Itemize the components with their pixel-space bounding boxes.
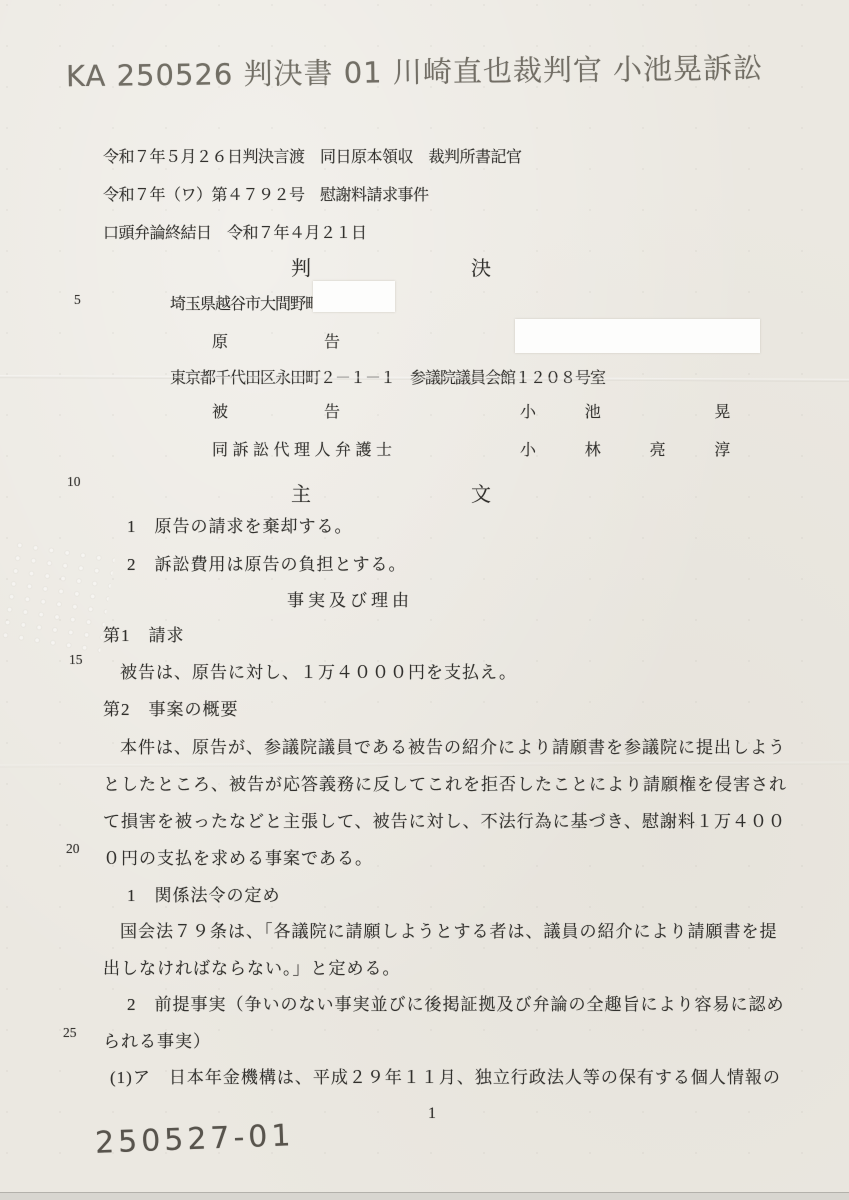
embossed-seal-dots: [1, 541, 115, 655]
caption-oral-argument-date-line: 口頭弁論終結日 令和７年４月２１日: [103, 220, 367, 243]
counsel-label: 同訴訟代理人弁護士: [212, 437, 397, 460]
defendant-label: 被告: [212, 399, 436, 422]
counsel-name: 小 林 亮 淳: [520, 437, 731, 460]
law-quote-line-2: 出しなければならない。」と定める。: [103, 954, 401, 979]
section-1-heading: 第1 請求: [103, 621, 185, 646]
defendant-name: 小 池 晃: [520, 399, 731, 422]
page-number: 1: [428, 1105, 436, 1123]
plaintiff-label: 原告: [212, 329, 436, 352]
main-text-heading: 主文: [291, 478, 651, 507]
main-text-item-2: 2 訴訟費用は原告の負担とする。: [127, 550, 407, 575]
plaintiff-address-redaction-box: [313, 281, 395, 312]
section-2-heading: 第2 事案の概要: [103, 695, 239, 720]
margin-line-number-15: 15: [69, 652, 83, 668]
handwritten-doc-number: 250527-01: [94, 1118, 295, 1161]
margin-line-number-5: 5: [74, 292, 81, 308]
case-summary-line-2: としたところ、被告が応答義務に反してこれを拒否したことにより請願権を侵害され: [103, 770, 787, 795]
scan-bottom-edge: [0, 1192, 849, 1200]
subsection-2-heading-line-1: 2 前提事実（争いのない事実並びに後掲証拠及び弁論の全趣旨により容易に認め: [127, 990, 785, 1015]
subsection-1-heading: 1 関係法令の定め: [127, 881, 281, 906]
plaintiff-name-redaction-box: [515, 319, 760, 353]
caption-pronouncement-line: 令和７年５月２６日判決言渡 同日原本領収 裁判所書記官: [103, 144, 522, 167]
margin-line-number-20: 20: [66, 841, 80, 857]
law-quote-line-1: 国会法７９条は、「各議院に請願しようとする者は、議員の紹介により請願書を提: [120, 917, 778, 942]
facts-and-reasons-heading: 事実及び理由: [287, 586, 413, 611]
defendant-address: 東京都千代田区永田町２－１－１ 参議院議員会館１２０８号室: [170, 365, 605, 388]
handwritten-case-note: KA 250526 判決書 01 川崎直也裁判官 小池晃訴訟: [66, 46, 763, 96]
plaintiff-address: 埼玉県越谷市大間野町: [170, 291, 320, 314]
margin-line-number-25: 25: [63, 1025, 77, 1041]
premise-fact-line-1: (1)ア 日本年金機構は、平成２９年１１月、独立行政法人等の保有する個人情報の: [110, 1063, 781, 1088]
claim-text: 被告は、原告に対し、１万４０００円を支払え。: [120, 658, 517, 683]
paper-crease-2: [0, 762, 849, 768]
case-summary-line-4: ０円の支払を求める事案である。: [103, 844, 373, 869]
case-summary-line-1: 本件は、原告が、参議院議員である被告の紹介により請願書を参議院に提出しよう: [120, 733, 786, 758]
case-summary-line-3: て損害を被ったなどと主張して、被告に対し、不法行為に基づき、慰謝料１万４００: [103, 807, 786, 832]
caption-case-number-line: 令和７年（ワ）第４７９２号 慰謝料請求事件: [103, 182, 429, 205]
subsection-2-heading-line-2: られる事実）: [103, 1027, 211, 1052]
judgment-title: 判決: [291, 252, 651, 281]
margin-line-number-10: 10: [67, 474, 81, 490]
scanned-judgment-page: KA 250526 判決書 01 川崎直也裁判官 小池晃訴訟 5 10 15 2…: [0, 0, 849, 1200]
main-text-item-1: 1 原告の請求を棄却する。: [127, 512, 353, 537]
